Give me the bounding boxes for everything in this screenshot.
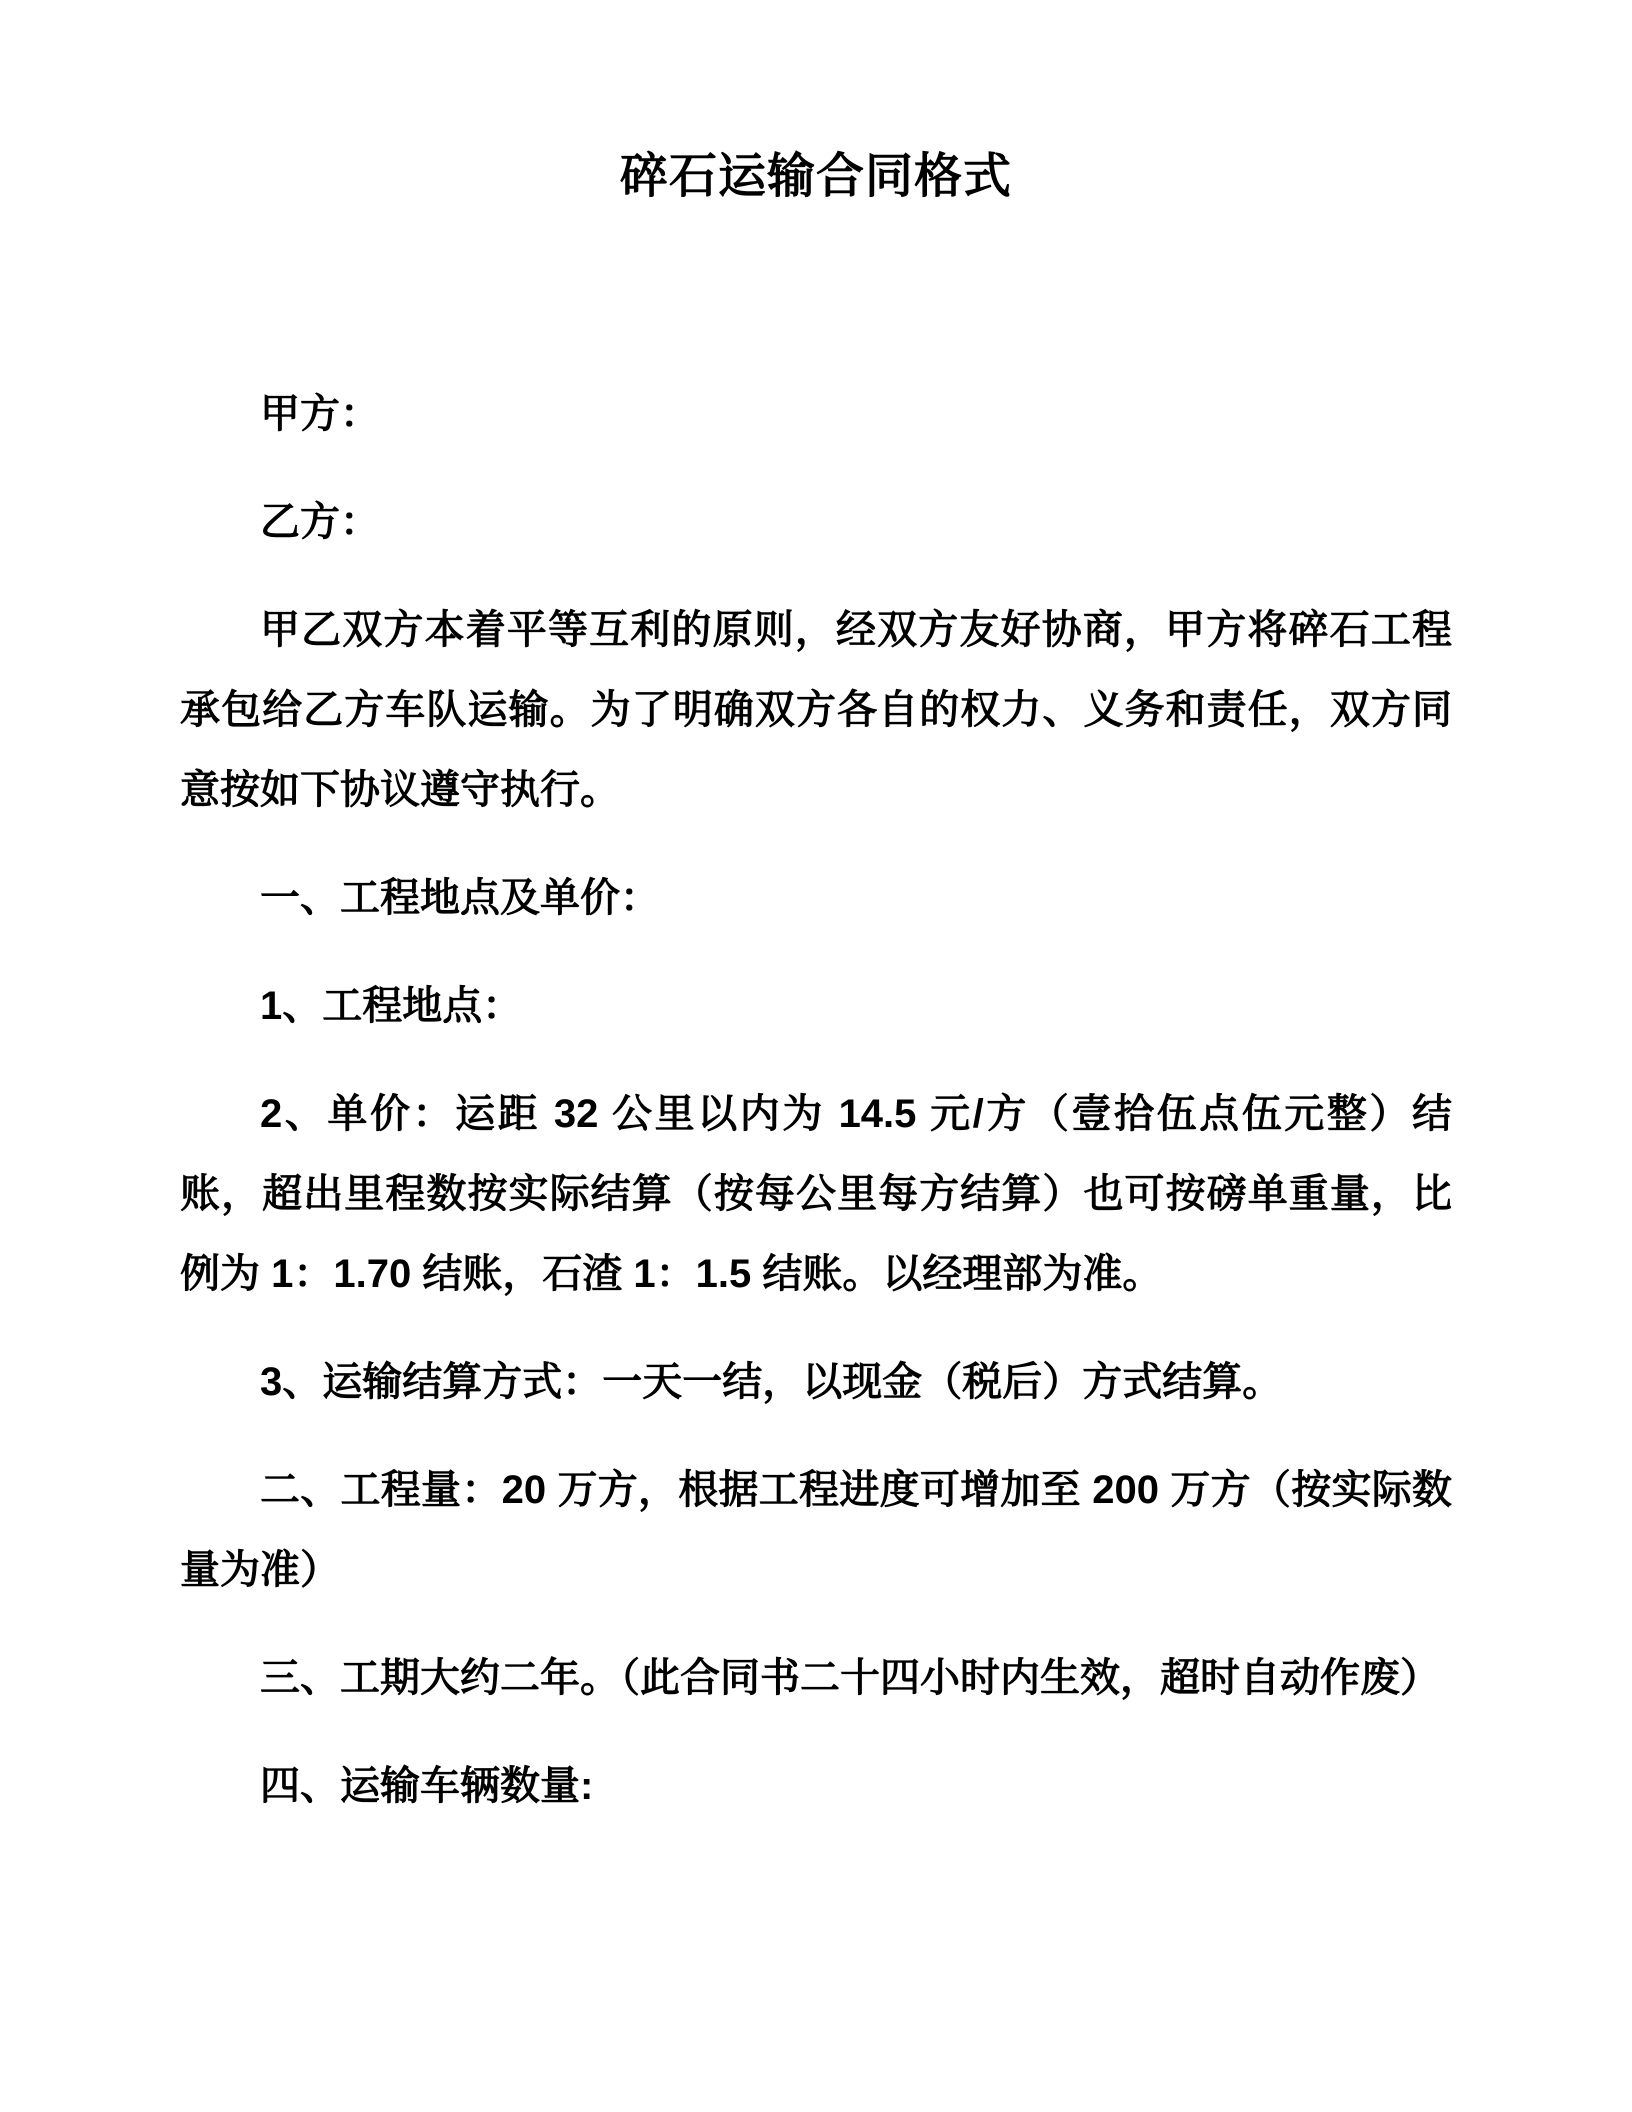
- paragraph: 2、单价：运距 32 公里以内为 14.5 元/方（壹拾伍点伍元整）结账，超出里…: [180, 1074, 1452, 1314]
- paragraph: 三、工期大约二年。（此合同书二十四小时内生效，超时自动作废）: [180, 1638, 1452, 1718]
- paragraph: 乙方：: [180, 482, 1452, 562]
- paragraph: 甲方：: [180, 374, 1452, 454]
- paragraph: 甲乙双方本着平等互利的原则，经双方友好协商，甲方将碎石工程承包给乙方车队运输。为…: [180, 590, 1452, 830]
- paragraph: 四、运输车辆数量:: [180, 1746, 1452, 1826]
- document-body: 甲方：乙方：甲乙双方本着平等互利的原则，经双方友好协商，甲方将碎石工程承包给乙方…: [180, 374, 1452, 1826]
- paragraph: 一、工程地点及单价：: [180, 858, 1452, 938]
- document-title: 碎石运输合同格式: [180, 148, 1452, 206]
- paragraph: 1、工程地点：: [180, 966, 1452, 1046]
- paragraph: 3、运输结算方式：一天一结，以现金（税后）方式结算。: [180, 1342, 1452, 1422]
- paragraph: 二、工程量：20 万方，根据工程进度可增加至 200 万方（按实际数量为准）: [180, 1450, 1452, 1610]
- contract-document-page: 碎石运输合同格式 甲方：乙方：甲乙双方本着平等互利的原则，经双方友好协商，甲方将…: [0, 0, 1632, 2112]
